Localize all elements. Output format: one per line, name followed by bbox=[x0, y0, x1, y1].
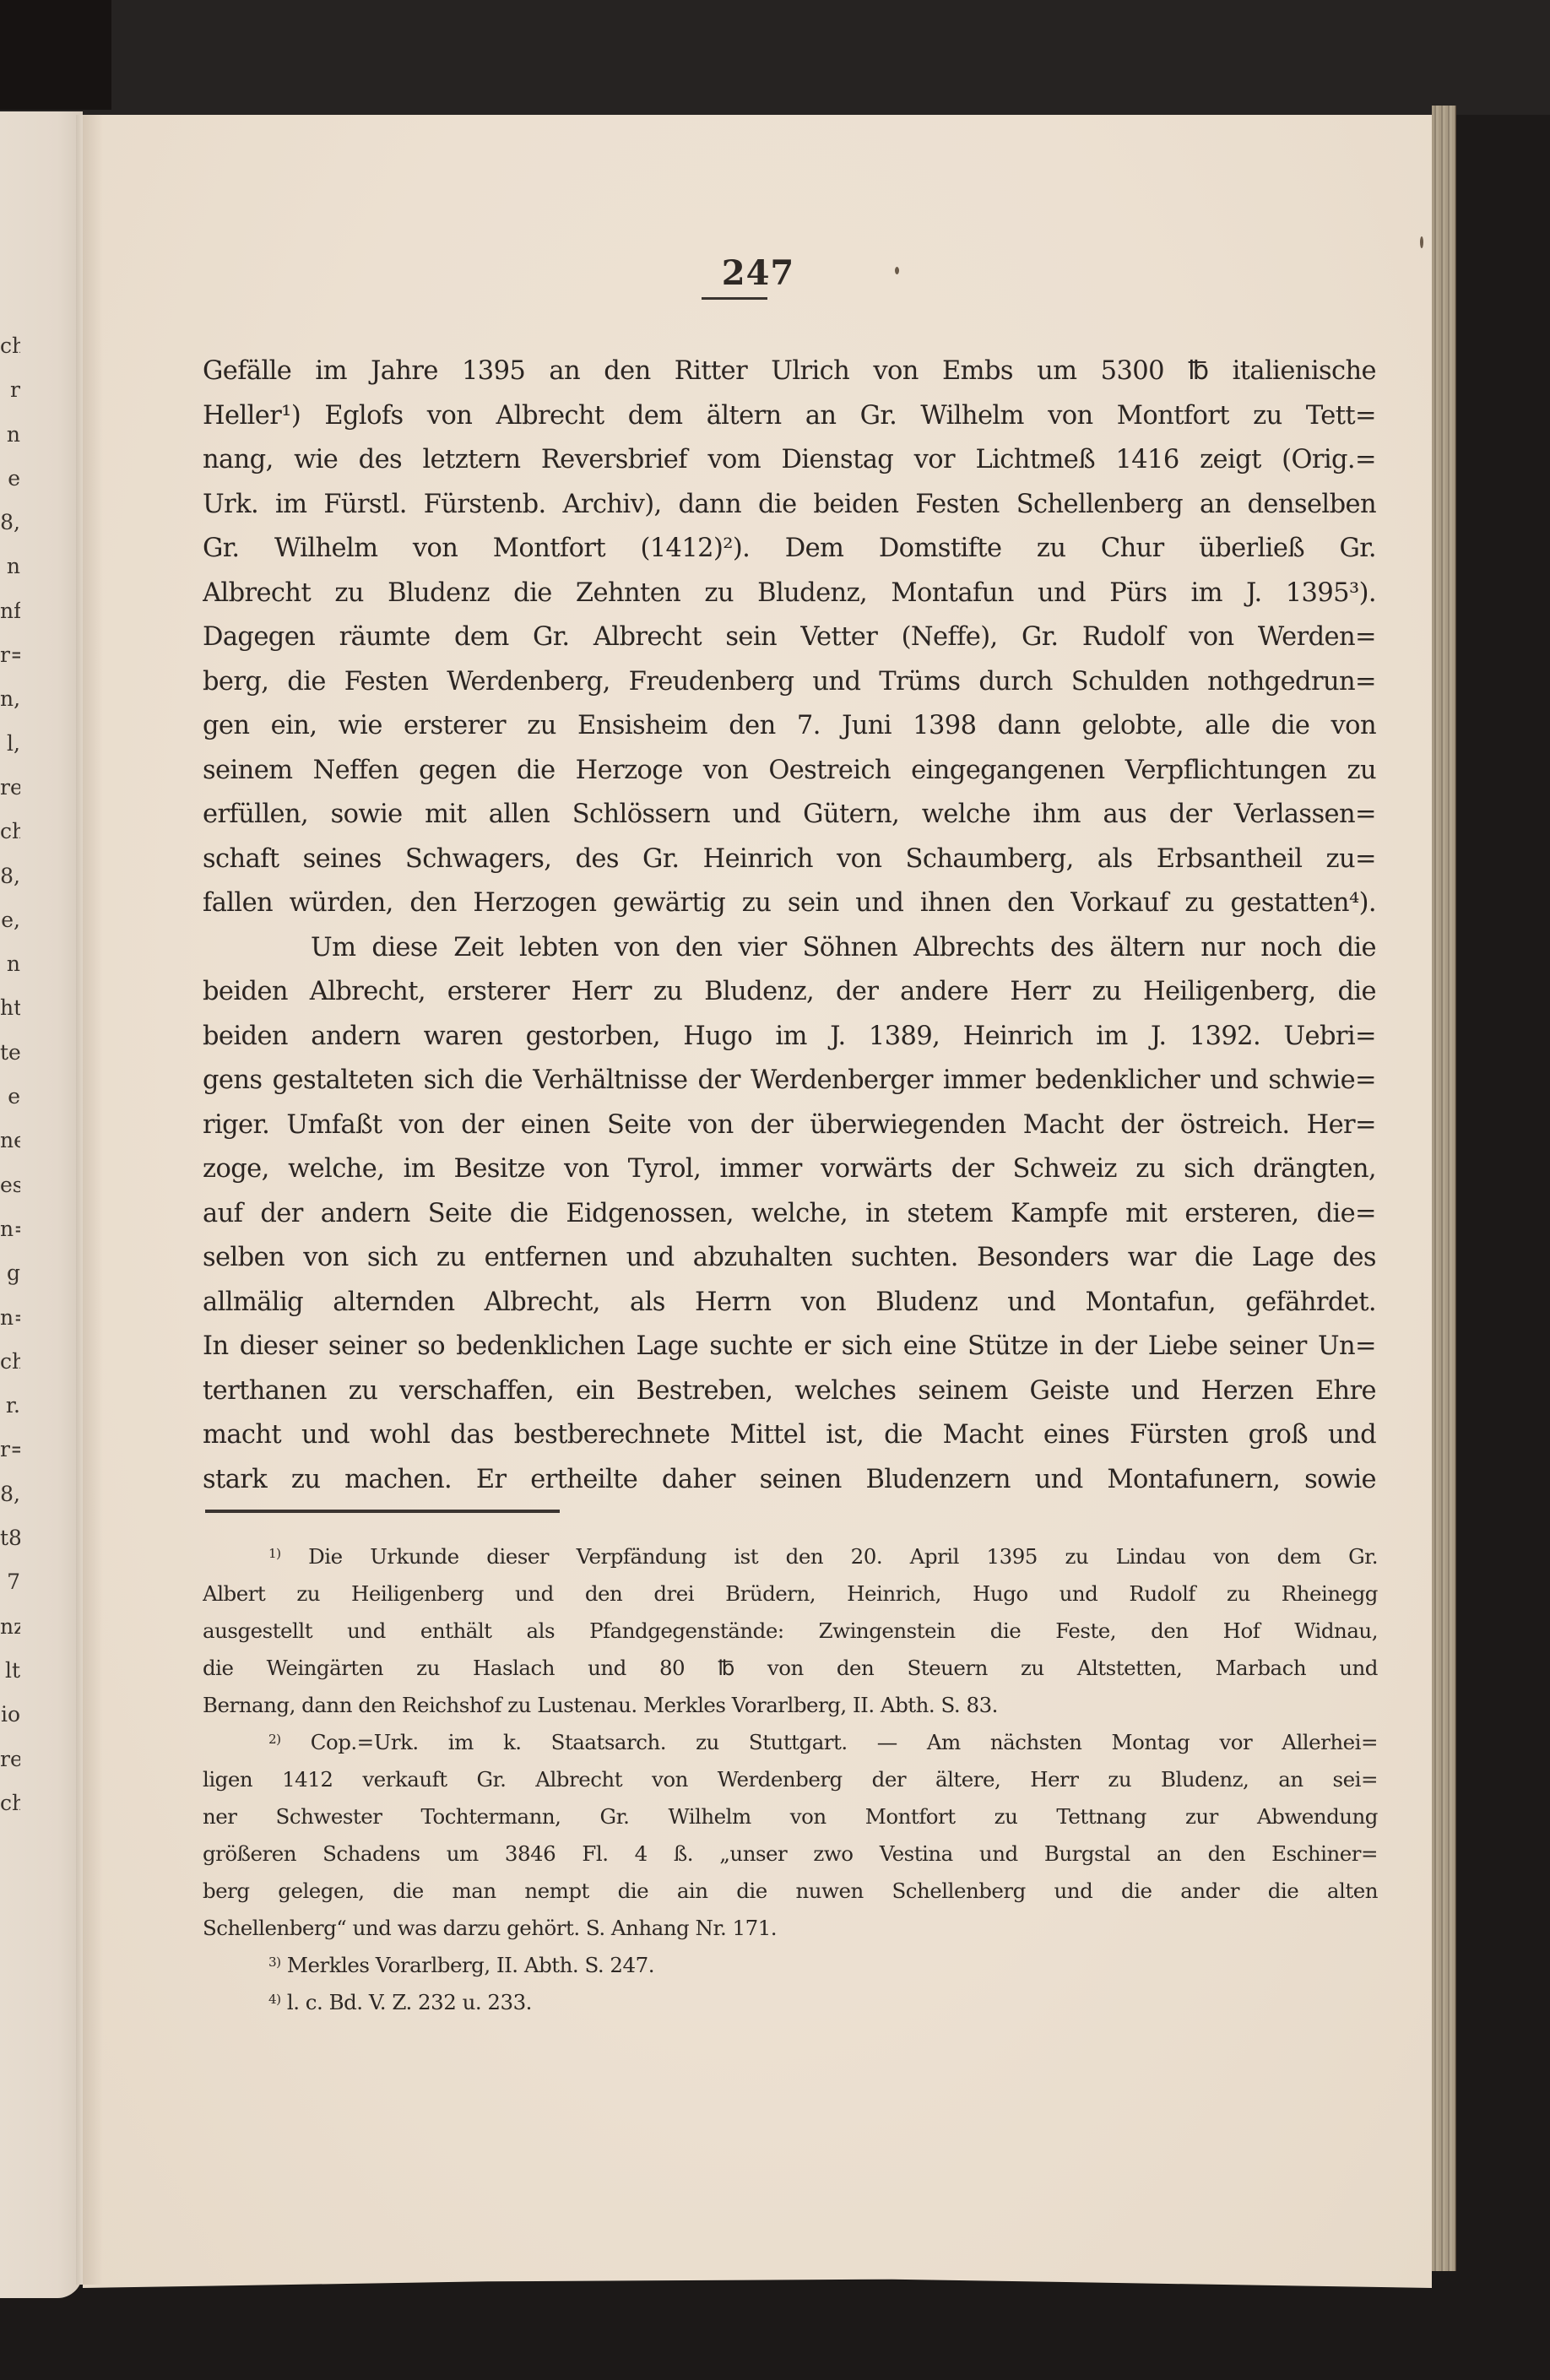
footnote-marker: 2) bbox=[268, 1732, 281, 1747]
body-line: beiden andern waren gestorben, Hugo im J… bbox=[203, 1015, 1376, 1060]
paper-speck bbox=[1420, 236, 1423, 248]
verso-fragment: nz bbox=[0, 1605, 20, 1649]
verso-fragment: n= bbox=[0, 1296, 20, 1340]
footnote-marker: 1) bbox=[268, 1546, 281, 1561]
verso-fragment: io bbox=[0, 1693, 20, 1737]
footnote-marker: 3) bbox=[268, 1954, 281, 1970]
verso-fragment: r bbox=[0, 368, 20, 412]
footnote-2-line: ner Schwester Tochtermann, Gr. Wilhelm v… bbox=[203, 1798, 1378, 1835]
scanner-background-dark bbox=[0, 0, 111, 110]
verso-fragment: e, bbox=[0, 898, 20, 942]
body-line: Albrecht zu Bludenz die Zehnten zu Blude… bbox=[203, 572, 1376, 616]
verso-fragment: t8 bbox=[0, 1516, 20, 1560]
body-line: allmälig alternden Albrecht, als Herrn v… bbox=[203, 1281, 1376, 1326]
body-line: schaft seines Schwagers, des Gr. Heinric… bbox=[203, 838, 1376, 882]
footnote-separator-rule bbox=[205, 1510, 560, 1513]
body-line: Heller¹) Eglofs von Albrecht dem ältern … bbox=[203, 394, 1376, 439]
body-line: seinem Neffen gegen die Herzoge von Oest… bbox=[203, 749, 1376, 794]
verso-fragment: g bbox=[0, 1251, 20, 1295]
body-line: terthanen zu verschaffen, ein Bestreben,… bbox=[203, 1369, 1376, 1414]
body-line: Dagegen räumte dem Gr. Albrecht sein Vet… bbox=[203, 615, 1376, 660]
verso-fragment: n bbox=[0, 942, 20, 986]
verso-fragment: ne bbox=[0, 1119, 20, 1163]
verso-fragment: ch bbox=[0, 1340, 20, 1384]
verso-fragment: n= bbox=[0, 1207, 20, 1251]
verso-fragment: ch. bbox=[0, 1781, 20, 1825]
verso-fragment: 8, bbox=[0, 1472, 20, 1516]
footnote-1-line: ausgestellt und enthält als Pfandgegenst… bbox=[203, 1613, 1378, 1650]
verso-fragment: lt bbox=[0, 1649, 20, 1693]
body-line: In dieser seiner so bedenklichen Lage su… bbox=[203, 1325, 1376, 1369]
verso-fragment: e bbox=[0, 457, 20, 501]
body-line: riger. Umfaßt von der einen Seite von de… bbox=[203, 1103, 1376, 1148]
verso-fragment: 7 bbox=[0, 1560, 20, 1604]
verso-fragment: re bbox=[0, 1738, 20, 1781]
footnote-4-line: 4) l. c. Bd. V. Z. 232 u. 233. bbox=[203, 1984, 1378, 2021]
footnote-1-line: die Weingärten zu Haslach und 80 ℔ von d… bbox=[203, 1650, 1378, 1687]
scanner-background bbox=[0, 0, 1550, 115]
footnote-2-line: berg gelegen, die man nempt die ain die … bbox=[203, 1873, 1378, 1910]
verso-text-fragments: ch r n e 8, n nf r= n, l, re ch 8, e, n … bbox=[0, 324, 20, 1825]
page-number: 247 bbox=[707, 253, 809, 293]
verso-fragment: l, bbox=[0, 722, 20, 766]
verso-fragment: n bbox=[0, 545, 20, 588]
body-line: beiden Albrecht, ersterer Herr zu Bluden… bbox=[203, 970, 1376, 1015]
verso-fragment: r. bbox=[0, 1384, 20, 1428]
verso-fragment: nf bbox=[0, 589, 20, 633]
footnote-text: Die Urkunde dieser Verpfändung ist den 2… bbox=[308, 1544, 1378, 1569]
footnotes: 1) Die Urkunde dieser Verpfändung ist de… bbox=[203, 1538, 1378, 2021]
footnote-2-line: größeren Schadens um 3846 Fl. 4 ß. „unse… bbox=[203, 1835, 1378, 1873]
footnote-2-line: 2) Cop.=Urk. im k. Staatsarch. zu Stuttg… bbox=[203, 1724, 1378, 1761]
verso-fragment: ht bbox=[0, 986, 20, 1030]
footnote-2-line: ligen 1412 verkauft Gr. Albrecht von Wer… bbox=[203, 1761, 1378, 1798]
footnote-marker: 4) bbox=[268, 1992, 281, 2007]
verso-fragment: es bbox=[0, 1163, 20, 1207]
page-number-rule bbox=[702, 297, 767, 300]
verso-fragment: r= bbox=[0, 1428, 20, 1472]
paragraph-start-line: Um diese Zeit lebten von den vier Söhnen… bbox=[203, 926, 1376, 971]
body-line: Gefälle im Jahre 1395 an den Ritter Ulri… bbox=[203, 350, 1376, 394]
body-line: Gr. Wilhelm von Montfort (1412)²). Dem D… bbox=[203, 527, 1376, 572]
verso-fragment: te bbox=[0, 1031, 20, 1075]
gutter-shadow bbox=[83, 115, 103, 2285]
body-line: stark zu machen. Er ertheilte daher sein… bbox=[203, 1458, 1376, 1503]
verso-fragment: ch bbox=[0, 810, 20, 854]
body-line: fallen würden, den Herzogen gewärtig zu … bbox=[203, 881, 1376, 926]
body-line: Urk. im Fürstl. Fürstenb. Archiv), dann … bbox=[203, 483, 1376, 528]
footnote-1-line: Albert zu Heiligenberg und den drei Brüd… bbox=[203, 1575, 1378, 1613]
verso-fragment: ch bbox=[0, 324, 20, 368]
body-text: Gefälle im Jahre 1395 an den Ritter Ulri… bbox=[203, 350, 1376, 1502]
verso-fragment: n, bbox=[0, 677, 20, 721]
footnote-1-line: Bernang, dann den Reichshof zu Lustenau.… bbox=[203, 1687, 1378, 1724]
footnote-text: l. c. Bd. V. Z. 232 u. 233. bbox=[287, 1990, 532, 2014]
body-line: zoge, welche, im Besitze von Tyrol, imme… bbox=[203, 1147, 1376, 1192]
verso-fragment: n bbox=[0, 413, 20, 457]
verso-fragment: e bbox=[0, 1075, 20, 1119]
body-line: nang, wie des letztern Reversbrief vom D… bbox=[203, 438, 1376, 483]
page-fore-edge bbox=[1432, 106, 1456, 2271]
body-line: erfüllen, sowie mit allen Schlössern und… bbox=[203, 793, 1376, 838]
footnote-2-line: Schellenberg“ und was darzu gehört. S. A… bbox=[203, 1910, 1378, 1947]
body-line: auf der andern Seite die Eidgenossen, we… bbox=[203, 1192, 1376, 1237]
verso-fragment: 8, bbox=[0, 854, 20, 898]
verso-fragment: 8, bbox=[0, 501, 20, 545]
footnote-text: Cop.=Urk. im k. Staatsarch. zu Stuttgart… bbox=[311, 1730, 1378, 1754]
body-line: berg, die Festen Werdenberg, Freudenberg… bbox=[203, 660, 1376, 705]
footnote-3-line: 3) Merkles Vorarlberg, II. Abth. S. 247. bbox=[203, 1947, 1378, 1984]
body-line: selben von sich zu entfernen und abzuhal… bbox=[203, 1236, 1376, 1281]
paper-speck bbox=[895, 267, 899, 274]
footnote-1-line: 1) Die Urkunde dieser Verpfändung ist de… bbox=[203, 1538, 1378, 1575]
verso-fragment: r= bbox=[0, 633, 20, 677]
body-line: macht und wohl das bestberechnete Mittel… bbox=[203, 1413, 1376, 1458]
footnote-text: Merkles Vorarlberg, II. Abth. S. 247. bbox=[287, 1953, 654, 1977]
body-line: gen ein, wie ersterer zu Ensisheim den 7… bbox=[203, 704, 1376, 749]
verso-fragment: re bbox=[0, 766, 20, 810]
body-line: gens gestalteten sich die Verhältnisse d… bbox=[203, 1059, 1376, 1103]
